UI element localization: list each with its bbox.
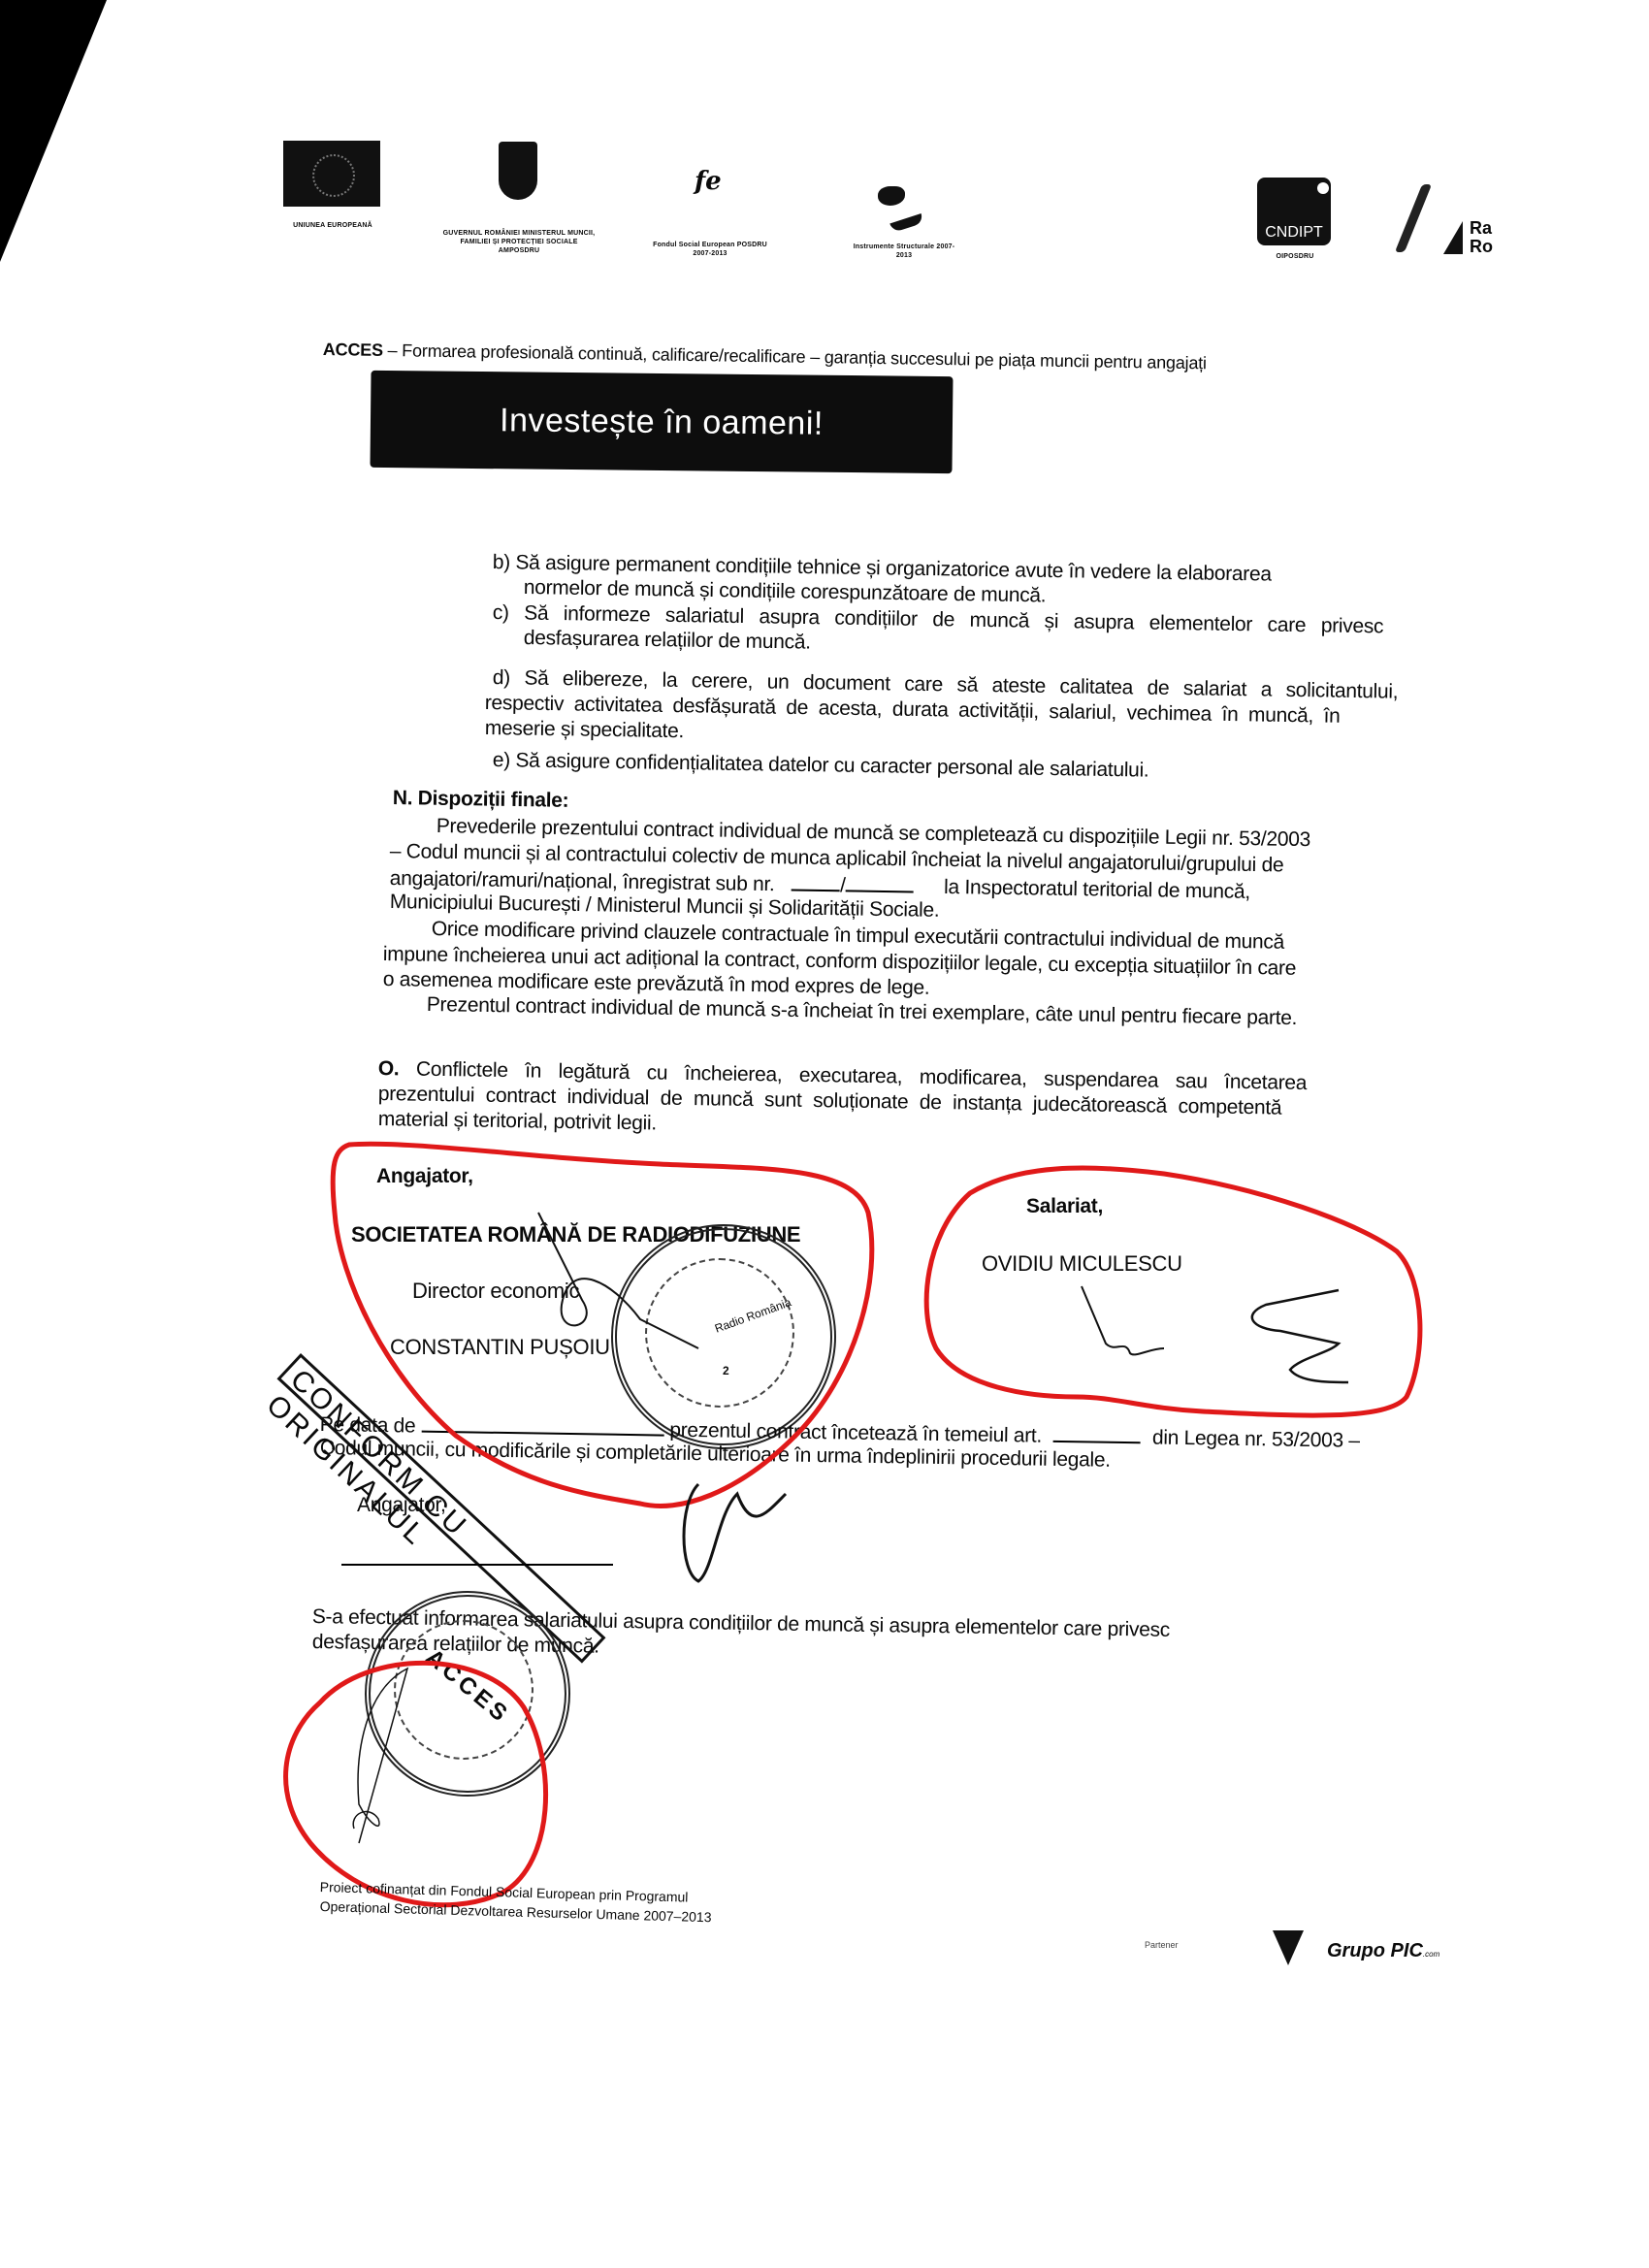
signature-employer-icon [538,1213,698,1348]
signature-employee-icon-2 [1252,1290,1348,1382]
signature-employee-icon [1082,1286,1164,1354]
partner-name: Grupo PIC.com [1327,1940,1439,1962]
partner-label: Partener [1145,1940,1179,1950]
red-circle-employee [926,1168,1420,1415]
signature-acces-icon [353,1669,407,1843]
red-circle-employer [333,1144,872,1506]
annotations-layer [0,0,1649,2268]
red-circle-acces [286,1663,546,1904]
grupo-pic-logo-icon [1273,1930,1304,1965]
